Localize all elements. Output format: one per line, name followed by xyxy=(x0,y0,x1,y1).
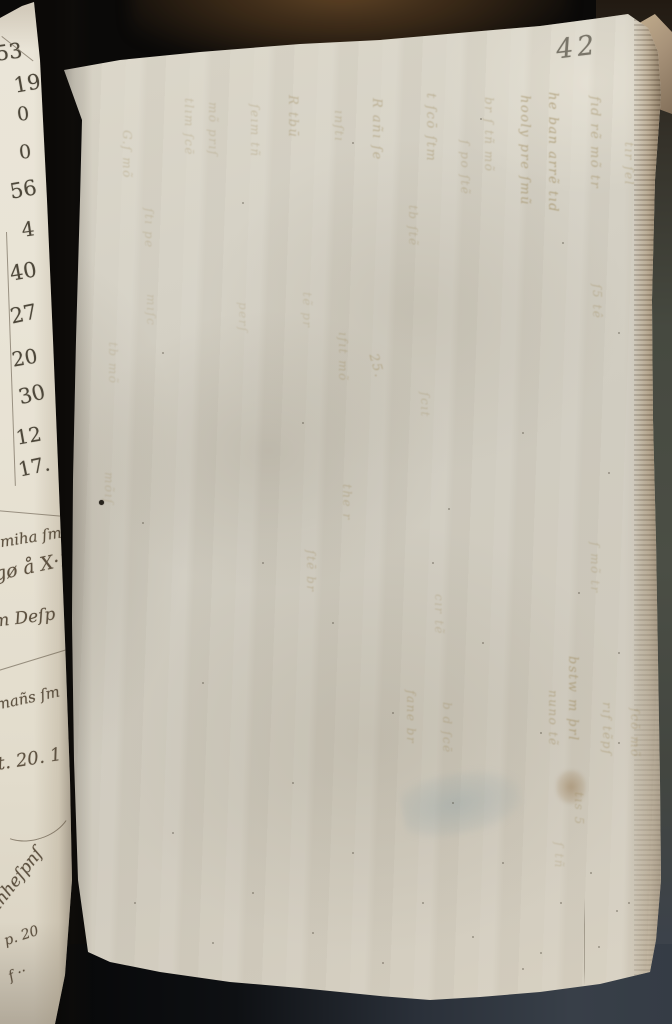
bleedthrough-text: ſ tñ xyxy=(552,842,566,869)
speck xyxy=(162,352,164,354)
speck xyxy=(392,712,394,714)
bleedthrough-text: R añı ſe xyxy=(369,98,384,161)
ledger-number: 0 xyxy=(16,103,30,126)
speck xyxy=(472,936,474,938)
speck xyxy=(382,962,384,964)
bleedthrough-text: ſeım tñ xyxy=(248,104,262,158)
bleedthrough-text: ſtı pe xyxy=(142,208,156,249)
speck xyxy=(608,472,610,474)
speck xyxy=(522,432,524,434)
speck xyxy=(448,508,450,510)
speck xyxy=(202,682,204,684)
bleedthrough-text: he ban arrẽ tıd xyxy=(545,92,560,213)
speck xyxy=(578,592,580,594)
bleedthrough-text: tır ſel xyxy=(622,142,636,186)
speck xyxy=(422,902,424,904)
bleedthrough-text: tb mõ xyxy=(106,342,120,384)
bleedthrough-text: ſ mõ tr xyxy=(588,542,602,594)
speck xyxy=(590,872,592,874)
bleedthrough-text: tıs 5 xyxy=(572,792,586,826)
ledger-number: 19 xyxy=(12,69,42,97)
bleedthrough-text: tẽ pr xyxy=(300,292,314,329)
speck xyxy=(262,562,264,564)
bleedthrough-text: ıfıt mõ xyxy=(336,332,350,382)
speck xyxy=(598,946,600,948)
speck xyxy=(312,932,314,934)
bleedthrough-text: 25. xyxy=(366,352,387,380)
speck xyxy=(292,782,294,784)
speck xyxy=(252,892,254,894)
bleedthrough-text: rıf tẽpſ xyxy=(600,702,614,756)
bleedthrough-text: the r xyxy=(340,484,354,521)
speck xyxy=(562,242,564,244)
bleedthrough-text: hooly pre ſmũ xyxy=(517,95,532,206)
ledger-number: 12 xyxy=(14,422,43,450)
ledger-number: 56 xyxy=(8,175,38,203)
bleedthrough-text: R tbū xyxy=(285,95,300,138)
ledger-number: 20 xyxy=(10,344,39,372)
bleedthrough-text: nuno tẽ xyxy=(546,690,560,747)
folio-number: 42 xyxy=(554,30,600,66)
blue-grey-stain xyxy=(398,762,527,844)
speck xyxy=(332,622,334,624)
speck xyxy=(452,802,454,804)
bleedthrough-text: G.ſ mõ xyxy=(120,130,134,179)
speck xyxy=(522,968,524,970)
ledger-number: 40 xyxy=(8,257,38,285)
bleedthrough-text: tb ſtẽ xyxy=(406,205,420,247)
bleedthrough-text: cır tẽ xyxy=(432,594,446,635)
bleedthrough-text: ſcō mõ xyxy=(628,708,642,758)
bleedthrough-text: ſtē br xyxy=(304,550,318,593)
bleedthrough-text: ſ po ſtẽ xyxy=(458,140,472,195)
speck xyxy=(618,332,620,334)
speck xyxy=(352,852,354,854)
manuscript-photo: tlım ſcēmõ prıſſeım tñR tbūınſtıR añı ſe… xyxy=(0,0,672,1024)
bleedthrough-text: mõ prıſ xyxy=(206,102,220,157)
bleedthrough-text: fıd rẽ mõ tr xyxy=(587,96,602,189)
speck xyxy=(302,422,304,424)
speck xyxy=(242,202,244,204)
bleedthrough-text: fane br xyxy=(404,690,418,744)
bleedthrough-text: mõıſ xyxy=(102,472,116,505)
bleedthrough-text: mıſc xyxy=(144,294,158,326)
ledger-number: 0 xyxy=(18,141,32,164)
speck xyxy=(616,910,618,912)
speck xyxy=(212,942,214,944)
speck xyxy=(432,562,434,564)
bleedthrough-text: tlım ſcē xyxy=(182,98,196,156)
bleedthrough-text: t ſcō ſtm xyxy=(423,93,438,162)
speck xyxy=(560,902,562,904)
speck xyxy=(502,862,504,864)
bleedthrough-text: bstw m þrl xyxy=(565,656,580,742)
speck xyxy=(540,732,542,734)
speck xyxy=(628,902,630,904)
ruled-crease-line xyxy=(584,898,585,986)
speck xyxy=(134,902,136,904)
speck xyxy=(618,652,620,654)
bleedthrough-text: b d ſcē xyxy=(440,702,454,754)
bleedthrough-text: ſ5 tê xyxy=(590,284,604,319)
bleedthrough-text: ınſtı xyxy=(332,110,346,142)
ledger-number: 4 xyxy=(20,216,36,242)
speck xyxy=(352,142,354,144)
bleedthrough-text: br ſ tñ mõ xyxy=(482,97,496,172)
speck xyxy=(540,952,542,954)
speck xyxy=(142,522,144,524)
speck xyxy=(618,742,620,744)
bleedthrough-text: ſcıt xyxy=(418,392,432,418)
bleedthrough-text: perſ xyxy=(236,302,250,333)
speck xyxy=(480,118,482,120)
speck xyxy=(482,642,484,644)
speck xyxy=(172,832,174,834)
